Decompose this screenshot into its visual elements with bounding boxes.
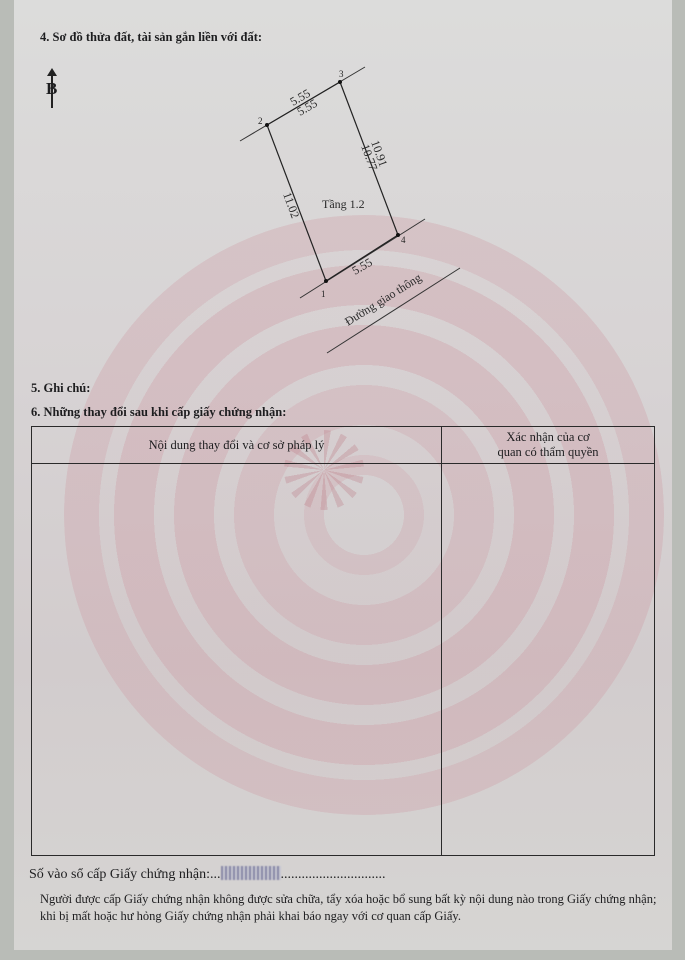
svg-text:Tầng 1.2: Tầng 1.2 [322, 197, 365, 211]
svg-text:4: 4 [401, 235, 406, 245]
registration-number-line: Số vào sổ cấp Giấy chứng nhận:..........… [29, 866, 386, 883]
registration-label: Số vào sổ cấp Giấy chứng nhận:... [29, 867, 221, 882]
column-header-content: Nội dung thay đổi và cơ sở pháp lý [32, 427, 442, 464]
changes-table: Nội dung thay đổi và cơ sở pháp lý Xác n… [31, 426, 655, 856]
svg-text:1: 1 [321, 289, 326, 299]
section-5-title: 5. Ghi chú: [31, 381, 90, 396]
redacted-registration-number [221, 866, 281, 880]
legal-notice: Người được cấp Giấy chứng nhận không đượ… [40, 891, 660, 925]
svg-text:11.02: 11.02 [280, 190, 302, 220]
section-6-title: 6. Những thay đổi sau khi cấp giấy chứng… [31, 405, 286, 420]
table-row-empty [32, 464, 655, 856]
registration-dots: .............................. [281, 867, 386, 882]
change-content-cell [32, 464, 442, 856]
svg-text:3: 3 [339, 69, 344, 79]
confirmation-cell [442, 464, 655, 856]
column-header-confirmation: Xác nhận của cơ quan có thẩm quyền [442, 427, 655, 464]
svg-text:2: 2 [258, 116, 263, 126]
svg-text:5.55: 5.55 [350, 255, 375, 278]
